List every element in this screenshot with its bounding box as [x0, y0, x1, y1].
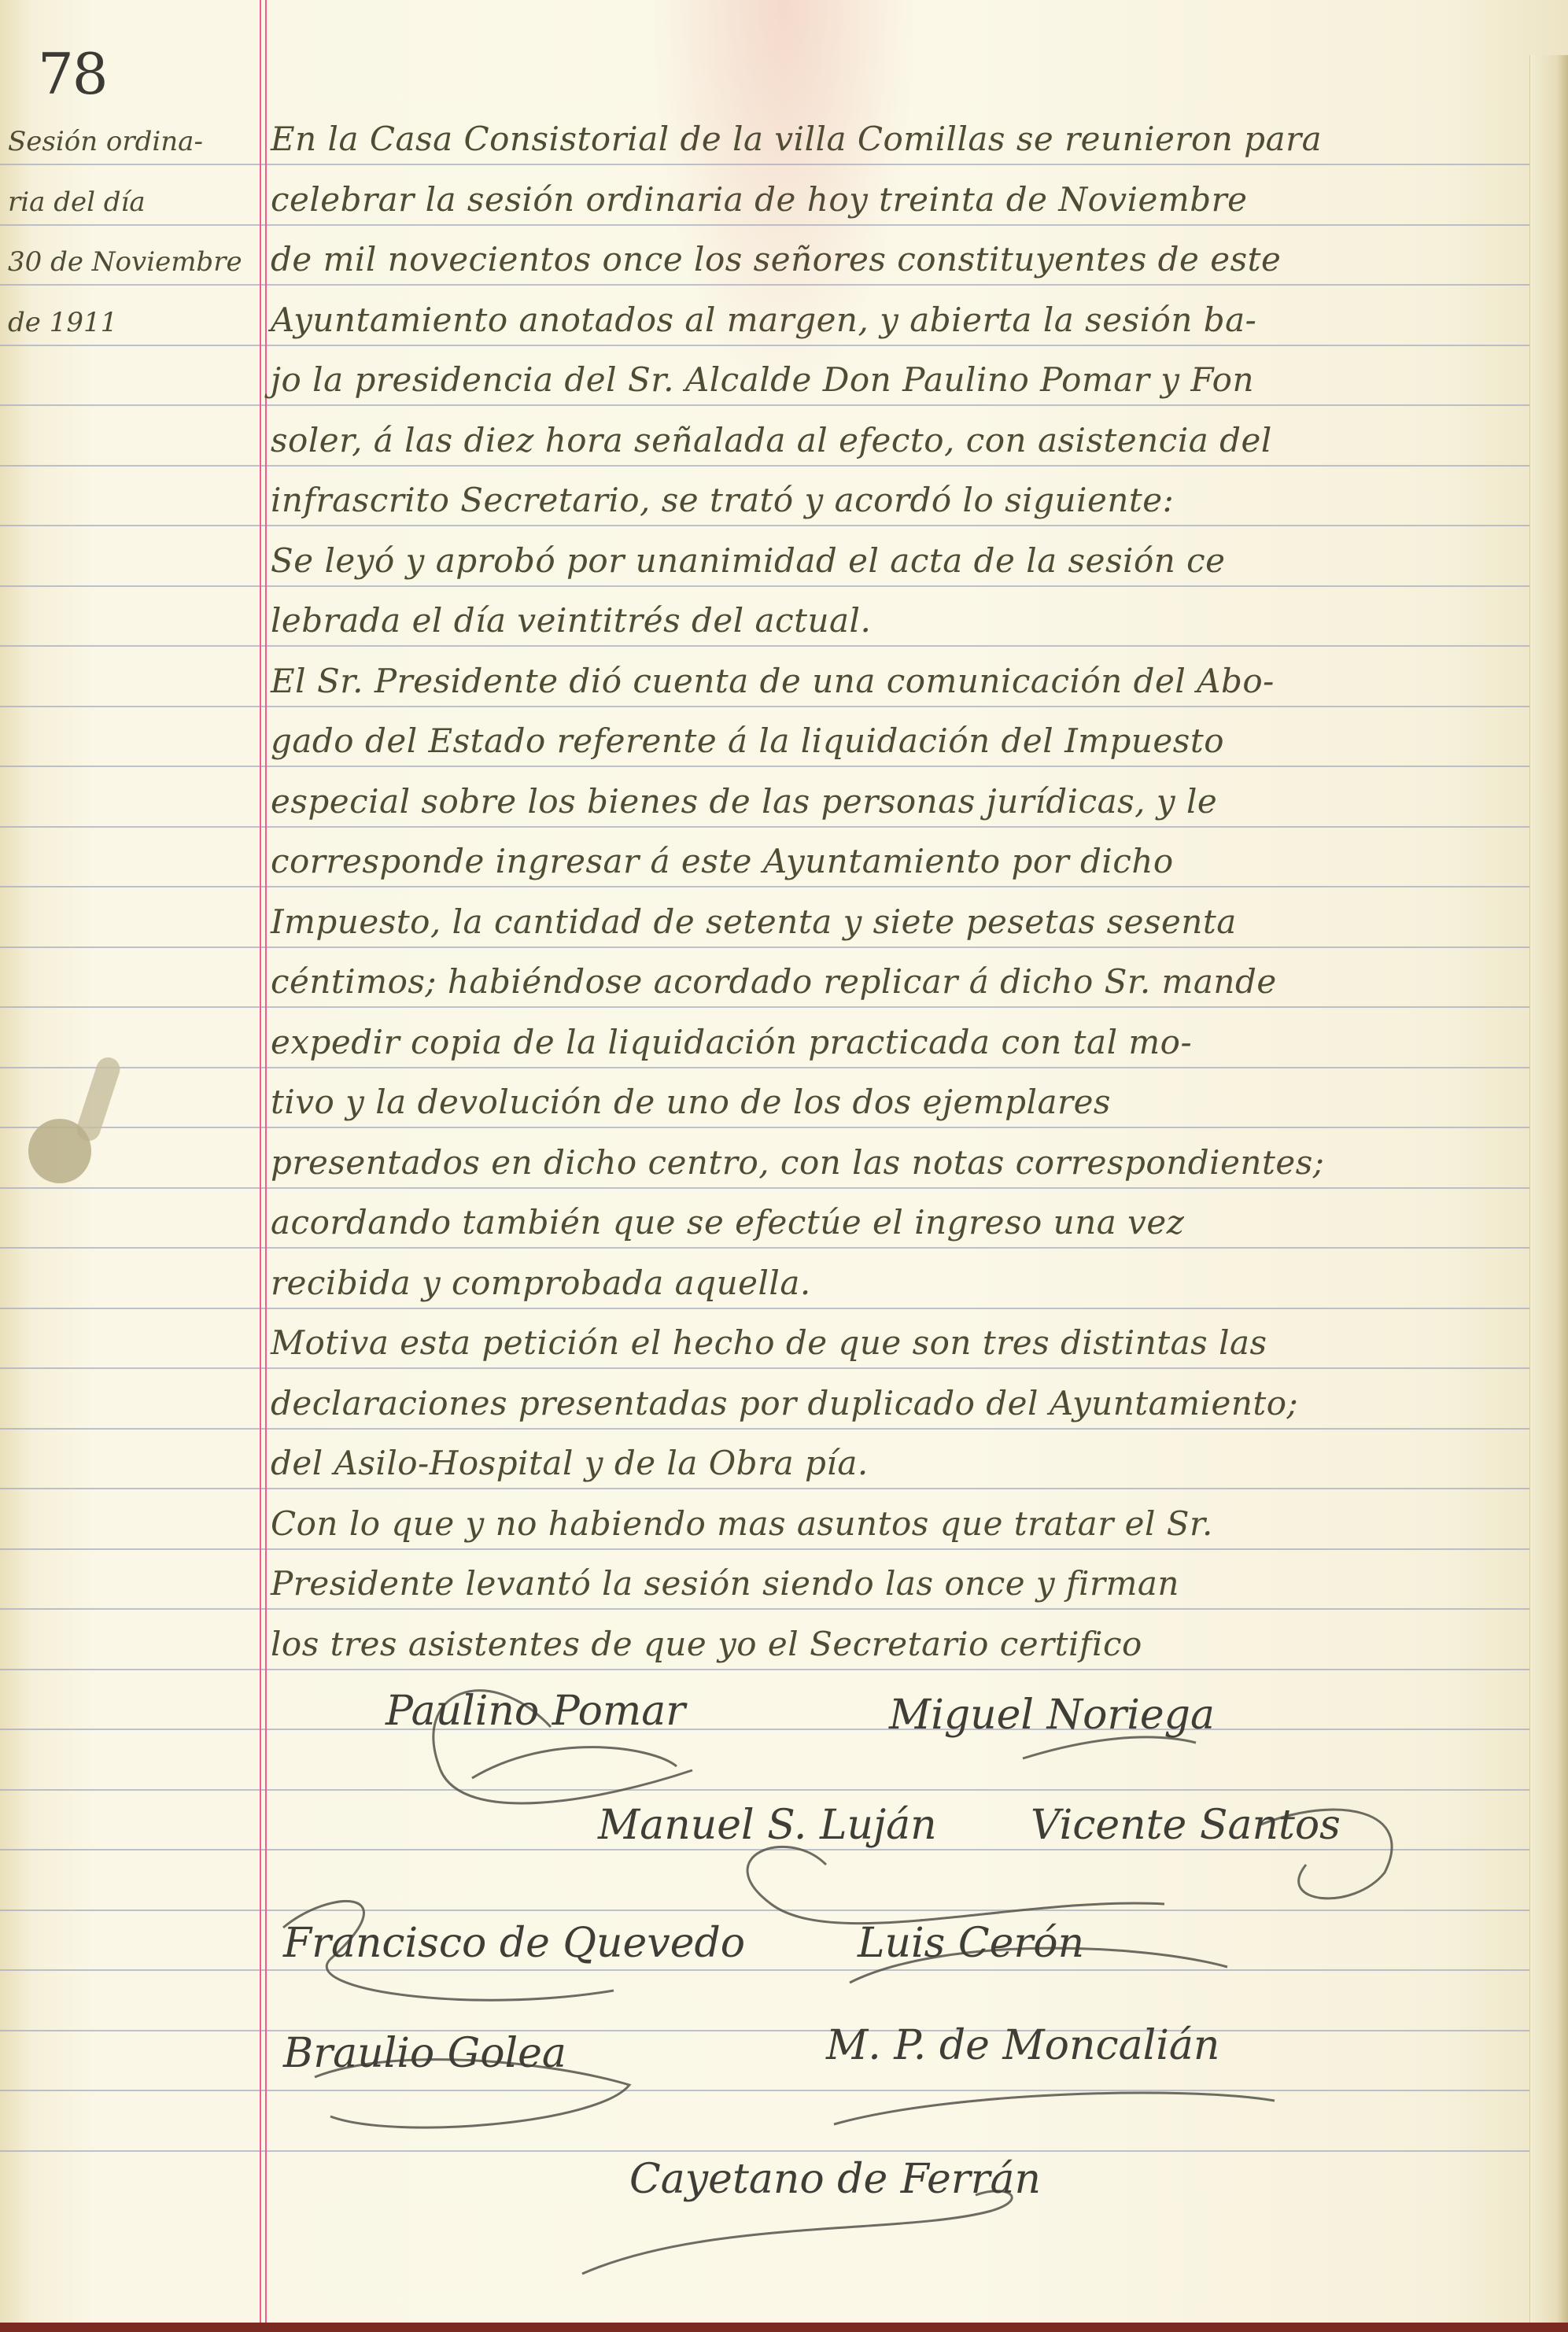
signature-9: Cayetano de Ferrán [629, 2156, 1041, 2203]
signature-flourishes [0, 0, 1568, 2332]
signature-8: M. P. de Moncalián [826, 2022, 1219, 2069]
signature-4: Vicente Santos [1031, 1802, 1341, 1849]
signature-3: Manuel S. Luján [598, 1802, 937, 1849]
signature-6: Luis Cerón [858, 1920, 1084, 1967]
signature-2: Miguel Noriega [889, 1692, 1215, 1739]
signature-7: Braulio Golea [283, 2030, 566, 2077]
ledger-page: 78 Sesión ordina-ria del día30 de Noviem… [0, 0, 1568, 2332]
signature-1: Paulino Pomar [386, 1688, 685, 1735]
signature-5: Francisco de Quevedo [283, 1920, 745, 1967]
